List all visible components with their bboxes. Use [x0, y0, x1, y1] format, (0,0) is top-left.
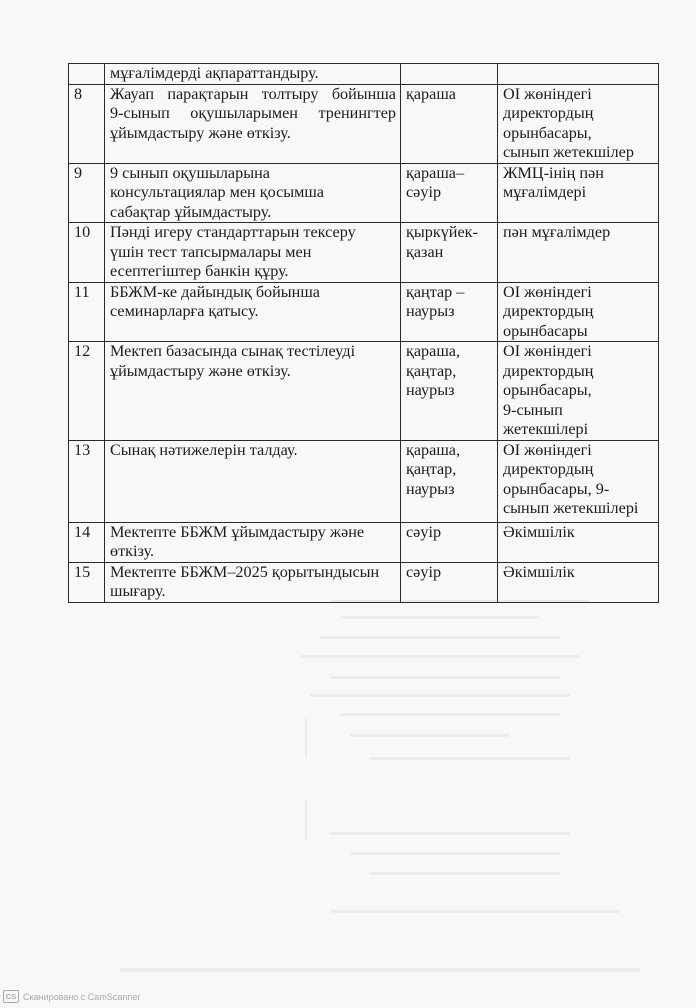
- term-line: қараша,: [406, 342, 493, 362]
- term-line: наурыз: [406, 381, 493, 401]
- term-line: қаңтар –: [406, 283, 493, 303]
- term-cell: қараша: [401, 84, 498, 163]
- responsible-cell: ОІ жөніндегідиректордыңорынбасары, 9-сын…: [498, 440, 659, 522]
- row-number-cell: 8: [69, 84, 105, 163]
- responsible-line: мұғалімдері: [503, 183, 654, 203]
- activity-line: шығару.: [110, 582, 396, 602]
- activity-line: Сынақ нәтижелерін талдау.: [110, 441, 396, 461]
- activity-cell: Мектеп базасында сынақ тестілеудіұйымдас…: [105, 342, 401, 441]
- activity-line: 9 сынып оқушыларына: [110, 164, 396, 184]
- table-row: 8Жауап парақтарын толтыру бойынша9-сынып…: [69, 84, 659, 163]
- row-number-cell: [69, 64, 105, 85]
- term-line: сәуір: [406, 563, 493, 583]
- responsible-line: ОІ жөніндегі: [503, 85, 654, 105]
- term-line: қаңтар,: [406, 460, 493, 480]
- term-line: наурыз: [406, 480, 493, 500]
- activity-line: есептегіштер банкін құру.: [110, 262, 396, 282]
- responsible-line: орынбасары, 9-: [503, 480, 654, 500]
- term-line: қараша–: [406, 164, 493, 184]
- activity-line: мұғалімдерді ақпараттандыру.: [110, 64, 396, 84]
- responsible-line: орынбасары: [503, 322, 654, 342]
- table-row: 12Мектеп базасында сынақ тестілеудіұйымд…: [69, 342, 659, 441]
- activity-line: Мектепте ББЖМ–2025 қорытындысын: [110, 563, 396, 583]
- row-number-cell: 9: [69, 163, 105, 223]
- responsible-line: ЖМЦ-інің пән: [503, 164, 654, 184]
- table-body: мұғалімдерді ақпараттандыру. 8Жауап пара…: [69, 64, 659, 603]
- table-row: 13Сынақ нәтижелерін талдау.қараша,қаңтар…: [69, 440, 659, 522]
- term-cell: қаңтар –наурыз: [401, 282, 498, 342]
- responsible-line: пән мұғалімдер: [503, 223, 654, 243]
- row-number-cell: 11: [69, 282, 105, 342]
- activity-line: Пәнді игеру стандарттарын тексеру: [110, 223, 396, 243]
- term-cell: сәуір: [401, 562, 498, 602]
- activity-line: ұйымдастыру және өткізу.: [110, 124, 396, 144]
- responsible-line: ОІ жөніндегі: [503, 283, 654, 303]
- term-line: қазан: [406, 243, 493, 263]
- row-number-cell: 14: [69, 522, 105, 562]
- responsible-line: ОІ жөніндегі: [503, 441, 654, 461]
- row-number-cell: 13: [69, 440, 105, 522]
- responsible-line: директордың: [503, 362, 654, 382]
- watermark-text: Сканировано с CamScanner: [23, 992, 140, 1002]
- table-row-continuation: мұғалімдерді ақпараттандыру.: [69, 64, 659, 85]
- responsible-cell: ОІ жөніндегідиректордыңорынбасары: [498, 282, 659, 342]
- term-line: наурыз: [406, 302, 493, 322]
- row-number-cell: 15: [69, 562, 105, 602]
- term-line: қараша,: [406, 441, 493, 461]
- responsible-cell: Әкімшілік: [498, 562, 659, 602]
- activity-line: 9-сынып оқушыларымен тренингтер: [110, 104, 396, 124]
- activity-line: консультациялар мен қосымша: [110, 183, 396, 203]
- responsible-cell: пән мұғалімдер: [498, 223, 659, 283]
- activity-line: Мектеп базасында сынақ тестілеуді: [110, 342, 396, 362]
- activity-line: сабақтар ұйымдастыру.: [110, 203, 396, 223]
- term-line: қыркүйек-: [406, 223, 493, 243]
- table-row: 11ББЖМ-ке дайындық бойыншасеминарларға қ…: [69, 282, 659, 342]
- scanned-page: мұғалімдерді ақпараттандыру. 8Жауап пара…: [0, 0, 696, 1008]
- activity-cell: Мектепте ББЖМ–2025 қорытындысыншығару.: [105, 562, 401, 602]
- term-cell: қыркүйек-қазан: [401, 223, 498, 283]
- responsible-cell: ОІ жөніндегідиректордыңорынбасары,9-сыны…: [498, 342, 659, 441]
- activity-cell: Мектепте ББЖМ ұйымдастыру жәнеөткізу.: [105, 522, 401, 562]
- row-number-cell: 12: [69, 342, 105, 441]
- activity-line: семинарларға қатысу.: [110, 302, 396, 322]
- table-row: 10Пәнді игеру стандарттарын тексеруүшін …: [69, 223, 659, 283]
- activity-line: Мектепте ББЖМ ұйымдастыру және: [110, 523, 396, 543]
- term-cell: қараша,қаңтар,наурыз: [401, 342, 498, 441]
- activity-cell: ББЖМ-ке дайындық бойыншасеминарларға қат…: [105, 282, 401, 342]
- term-line: сәуір: [406, 523, 493, 543]
- responsible-line: директордың: [503, 104, 654, 124]
- term-cell: [401, 64, 498, 85]
- responsible-cell: Әкімшілік: [498, 522, 659, 562]
- term-cell: қараша,қаңтар,наурыз: [401, 440, 498, 522]
- term-line: қаңтар,: [406, 362, 493, 382]
- activity-line: өткізу.: [110, 542, 396, 562]
- responsible-line: 9-сынып: [503, 401, 654, 421]
- activity-line: үшін тест тапсырмалары мен: [110, 243, 396, 263]
- activity-cell: Пәнді игеру стандарттарын тексеруүшін те…: [105, 223, 401, 283]
- row-number-cell: 10: [69, 223, 105, 283]
- term-line: сәуір: [406, 183, 493, 203]
- activity-cell: Сынақ нәтижелерін талдау.: [105, 440, 401, 522]
- responsible-line: ОІ жөніндегі: [503, 342, 654, 362]
- activity-line: ББЖМ-ке дайындық бойынша: [110, 283, 396, 303]
- activity-plan-table: мұғалімдерді ақпараттандыру. 8Жауап пара…: [68, 63, 659, 603]
- responsible-cell: ОІ жөніндегідиректордыңорынбасары,сынып …: [498, 84, 659, 163]
- activity-line: Жауап парақтарын толтыру бойынша: [110, 85, 396, 105]
- responsible-line: директордың: [503, 302, 654, 322]
- camscanner-logo-icon: CS: [3, 990, 19, 1003]
- responsible-cell: ЖМЦ-інің пәнмұғалімдері: [498, 163, 659, 223]
- responsible-line: Әкімшілік: [503, 563, 654, 583]
- table-row: 99 сынып оқушыларынаконсультациялар мен …: [69, 163, 659, 223]
- table-row: 15Мектепте ББЖМ–2025 қорытындысыншығару.…: [69, 562, 659, 602]
- responsible-line: Әкімшілік: [503, 523, 654, 543]
- responsible-line: орынбасары,: [503, 381, 654, 401]
- activity-cell: Жауап парақтарын толтыру бойынша9-сынып …: [105, 84, 401, 163]
- table-row: 14Мектепте ББЖМ ұйымдастыру жәнеөткізу.с…: [69, 522, 659, 562]
- responsible-line: сынып жетекшілері: [503, 499, 654, 519]
- term-cell: қараша–сәуір: [401, 163, 498, 223]
- responsible-cell: [498, 64, 659, 85]
- activity-cell: 9 сынып оқушыларынаконсультациялар мен қ…: [105, 163, 401, 223]
- responsible-line: директордың: [503, 460, 654, 480]
- responsible-line: жетекшілері: [503, 420, 654, 440]
- term-cell: сәуір: [401, 522, 498, 562]
- term-line: қараша: [406, 85, 493, 105]
- camscanner-watermark: CS Сканировано с CamScanner: [3, 990, 140, 1003]
- activity-line: ұйымдастыру және өткізу.: [110, 362, 396, 382]
- activity-cell: мұғалімдерді ақпараттандыру.: [105, 64, 401, 85]
- responsible-line: сынып жетекшілер: [503, 143, 654, 163]
- responsible-line: орынбасары,: [503, 124, 654, 144]
